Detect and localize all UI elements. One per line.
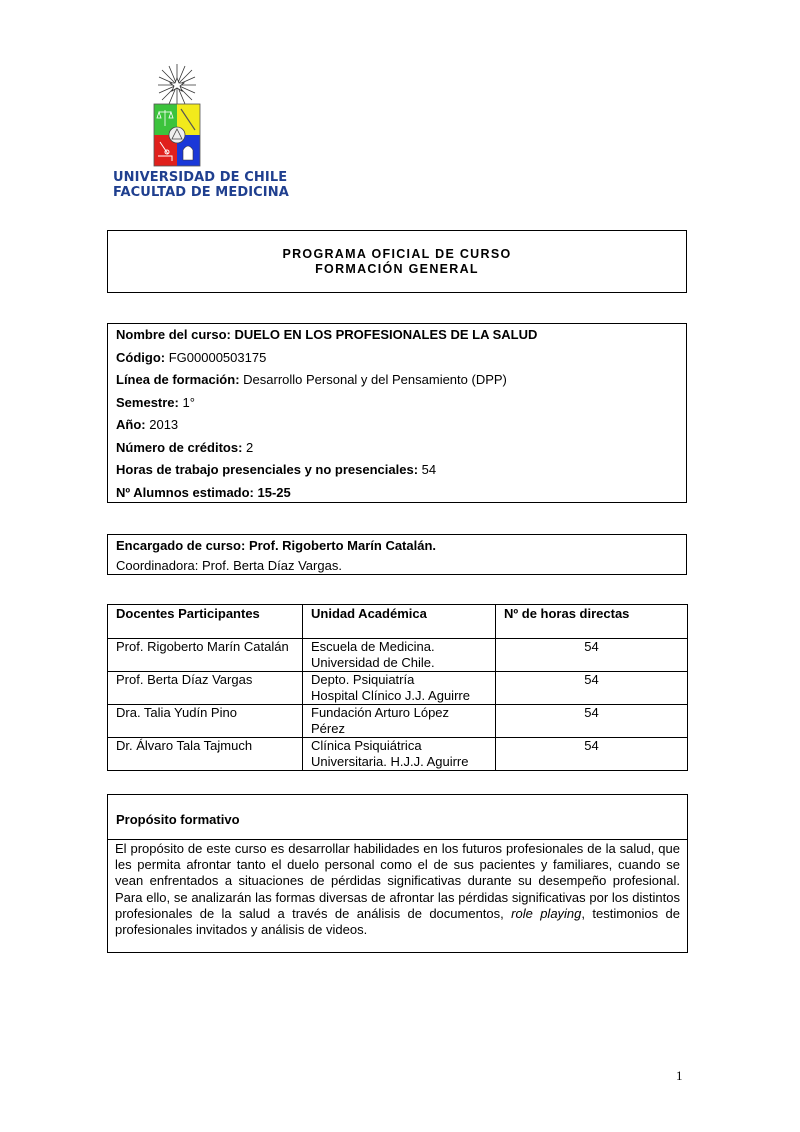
course-info-label: Número de créditos: [116,440,242,455]
course-info-value: 15-25 [258,485,291,500]
academic-unit-line: Hospital Clínico J.J. Aguirre [311,688,487,704]
course-info-box: Nombre del curso: DUELO EN LOS PROFESION… [107,323,687,503]
page-number: 1 [676,1068,683,1084]
course-info-row: Nº Alumnos estimado: 15-25 [116,483,678,506]
course-info-label: Semestre: [116,395,179,410]
purpose-text-italic: role playing [511,906,581,921]
course-info-value: DUELO EN LOS PROFESIONALES DE LA SALUD [234,327,537,342]
table-row: Dra. Talia Yudín PinoFundación Arturo Ló… [108,705,688,738]
academic-unit-line: Universitaria. H.J.J. Aguirre [311,754,487,770]
table-row: Prof. Berta Díaz VargasDepto. Psiquiatrí… [108,672,688,705]
direct-hours: 54 [496,639,688,672]
direct-hours: 54 [496,672,688,705]
academic-unit-line: Pérez [311,721,487,737]
course-info-value: 54 [422,462,436,477]
university-name: UNIVERSIDAD DE CHILE [113,170,289,185]
purpose-text: El propósito de este curso es desarrolla… [108,840,687,952]
column-header-docentes: Docentes Participantes [108,605,303,639]
course-info-value: 2013 [149,417,178,432]
document-title: PROGRAMA OFICIAL DE CURSO [108,247,686,262]
course-info-value: FG00000503175 [169,350,267,365]
teacher-name: Prof. Berta Díaz Vargas [108,672,303,705]
course-info-row: Línea de formación: Desarrollo Personal … [116,370,678,393]
teachers-table: Docentes Participantes Unidad Académica … [107,604,688,771]
course-leader-label: Encargado de curso: [116,538,245,553]
academic-unit-line: Depto. Psiquiatría [311,672,487,688]
course-info-label: Línea de formación: [116,372,240,387]
academic-unit-line: Fundación Arturo López [311,705,487,721]
course-info-value: 2 [246,440,253,455]
academic-unit: Depto. PsiquiatríaHospital Clínico J.J. … [303,672,496,705]
purpose-heading: Propósito formativo [108,795,687,840]
course-info-value: Desarrollo Personal y del Pensamiento (D… [243,372,507,387]
course-info-value: 1° [183,395,195,410]
teacher-name: Prof. Rigoberto Marín Catalán [108,639,303,672]
institution-name: UNIVERSIDAD DE CHILE FACULTAD DE MEDICIN… [113,170,289,200]
column-header-horas: Nº de horas directas [496,605,688,639]
course-info-label: Año: [116,417,146,432]
course-info-label: Horas de trabajo presenciales y no prese… [116,462,418,477]
academic-unit-line: Universidad de Chile. [311,655,487,671]
course-info-row: Semestre: 1° [116,393,678,416]
table-header-row: Docentes Participantes Unidad Académica … [108,605,688,639]
teacher-name: Dra. Talia Yudín Pino [108,705,303,738]
academic-unit-line: Clínica Psiquiátrica [311,738,487,754]
document-subtitle: FORMACIÓN GENERAL [108,262,686,277]
course-info-row: Nombre del curso: DUELO EN LOS PROFESION… [116,325,678,348]
course-info-label: Nombre del curso: [116,327,231,342]
course-info-label: Código: [116,350,165,365]
course-info-row: Número de créditos: 2 [116,438,678,461]
table-row: Prof. Rigoberto Marín CatalánEscuela de … [108,639,688,672]
document-title-box: PROGRAMA OFICIAL DE CURSO FORMACIÓN GENE… [107,230,687,293]
direct-hours: 54 [496,705,688,738]
course-leader: Encargado de curso: Prof. Rigoberto Marí… [116,536,678,556]
course-info-row: Horas de trabajo presenciales y no prese… [116,460,678,483]
faculty-name: FACULTAD DE MEDICINA [113,185,289,200]
table-row: Dr. Álvaro Tala TajmuchClínica Psiquiátr… [108,738,688,771]
teacher-name: Dr. Álvaro Tala Tajmuch [108,738,303,771]
academic-unit: Fundación Arturo LópezPérez [303,705,496,738]
course-info-row: Año: 2013 [116,415,678,438]
direct-hours: 54 [496,738,688,771]
academic-unit: Escuela de Medicina.Universidad de Chile… [303,639,496,672]
coordinator: Coordinadora: Prof. Berta Díaz Vargas. [116,556,678,576]
purpose-box: Propósito formativo El propósito de este… [107,794,688,953]
course-info-row: Código: FG00000503175 [116,348,678,371]
academic-unit-line: Escuela de Medicina. [311,639,487,655]
course-info-label: Nº Alumnos estimado: [116,485,254,500]
course-leader-value: Prof. Rigoberto Marín Catalán. [249,538,436,553]
academic-unit: Clínica PsiquiátricaUniversitaria. H.J.J… [303,738,496,771]
university-logo-icon [150,62,204,168]
course-leader-box: Encargado de curso: Prof. Rigoberto Marí… [107,534,687,575]
column-header-unidad: Unidad Académica [303,605,496,639]
